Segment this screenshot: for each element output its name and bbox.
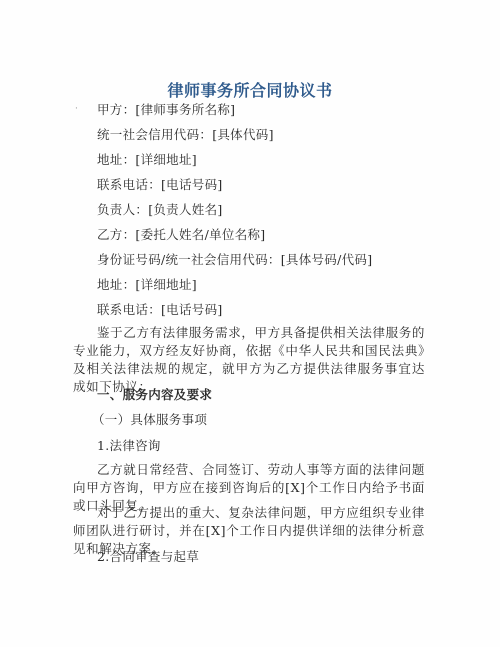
- bullet-marker: ·: [75, 104, 78, 114]
- party-a-name: 甲方：[律师事务所名称]: [97, 100, 235, 118]
- item-heading-contract-review: 2.合同审查与起草: [97, 547, 199, 565]
- party-b-phone: 联系电话：[电话号码]: [97, 300, 223, 318]
- party-b-name: 乙方：[委托人姓名/单位名称]: [97, 225, 265, 243]
- party-b-address: 地址：[详细地址]: [97, 275, 197, 293]
- party-a-address: 地址：[详细地址]: [97, 150, 197, 168]
- party-a-phone: 联系电话：[电话号码]: [97, 175, 223, 193]
- party-b-id: 身份证号码/统一社会信用代码：[具体号码/代码]: [97, 250, 372, 268]
- section-heading: 一、服务内容及要求: [97, 385, 212, 403]
- document-page: 律师事务所合同协议书 · 甲方：[律师事务所名称] 统一社会信用代码：[具体代码…: [0, 0, 500, 647]
- party-a-credit-code: 统一社会信用代码：[具体代码]: [97, 125, 274, 143]
- item-heading-legal-consultation: 1.法律咨询: [97, 436, 161, 454]
- document-title: 律师事务所合同协议书: [0, 78, 500, 101]
- party-a-person-in-charge: 负责人：[负责人姓名]: [97, 200, 223, 218]
- subsection-heading: （一）具体服务事项: [92, 410, 207, 428]
